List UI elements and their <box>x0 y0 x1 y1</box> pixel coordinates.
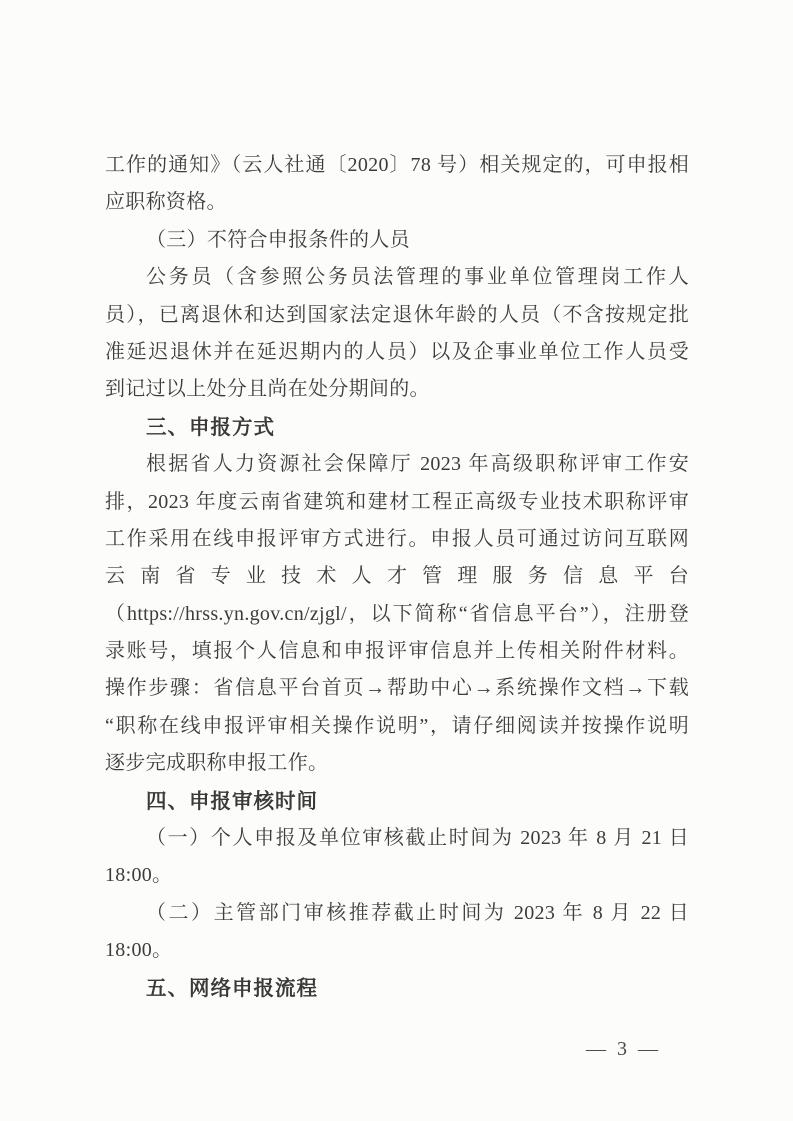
text-line: 准延迟退休并在延迟期内的人员）以及企事业单位工作人员受 <box>105 334 689 371</box>
text-line: 工作的通知》（云人社通〔2020〕78 号）相关规定的，可申报相 <box>105 147 689 184</box>
text-line: 员），已离退休和达到国家法定退休年龄的人员（不含按规定批 <box>105 297 689 334</box>
text-line: 逐步完成职称申报工作。 <box>105 745 689 782</box>
text-line-steps: 操作步骤：省信息平台首页→帮助中心→系统操作文档→下载 <box>105 670 689 707</box>
heading-section-4: 四、申报审核时间 <box>105 783 689 820</box>
text-line: 到记过以上处分且尚在处分期间的。 <box>105 371 689 408</box>
text-line-time: 18:00。 <box>105 932 689 969</box>
heading-section-3: 三、申报方式 <box>105 409 689 446</box>
page-number: — 3 — <box>586 1038 661 1061</box>
text-line-deadline-2: （二）主管部门审核推荐截止时间为 2023 年 8 月 22 日 <box>105 895 689 932</box>
text-line: 录账号，填报个人信息和申报评审信息并上传相关附件材料。 <box>105 633 689 670</box>
text-line: 根据省人力资源社会保障厅 2023 年高级职称评审工作安 <box>105 446 689 483</box>
text-line: “职称在线申报评审相关操作说明”，请仔细阅读并按操作说明 <box>105 708 689 745</box>
text-line: 公务员（含参照公务员法管理的事业单位管理岗工作人 <box>105 259 689 296</box>
text-line: 工作采用在线申报评审方式进行。申报人员可通过访问互联网 <box>105 521 689 558</box>
text-line-url: （https://hrss.yn.gov.cn/zjgl/，以下简称“省信息平台… <box>105 596 689 633</box>
text-line-subheading: （三）不符合申报条件的人员 <box>105 222 689 259</box>
document-body: 工作的通知》（云人社通〔2020〕78 号）相关规定的，可申报相 应职称资格。 … <box>105 147 689 1007</box>
text-line: 应职称资格。 <box>105 184 689 221</box>
text-line-platform-name: 云南省专业技术人才管理服务信息平台 <box>105 558 689 595</box>
heading-section-5: 五、网络申报流程 <box>105 970 689 1007</box>
text-line-time: 18:00。 <box>105 857 689 894</box>
text-line-deadline-1: （一）个人申报及单位审核截止时间为 2023 年 8 月 21 日 <box>105 820 689 857</box>
document-page: 工作的通知》（云人社通〔2020〕78 号）相关规定的，可申报相 应职称资格。 … <box>0 0 793 1121</box>
text-line: 排，2023 年度云南省建筑和建材工程正高级专业技术职称评审 <box>105 484 689 521</box>
